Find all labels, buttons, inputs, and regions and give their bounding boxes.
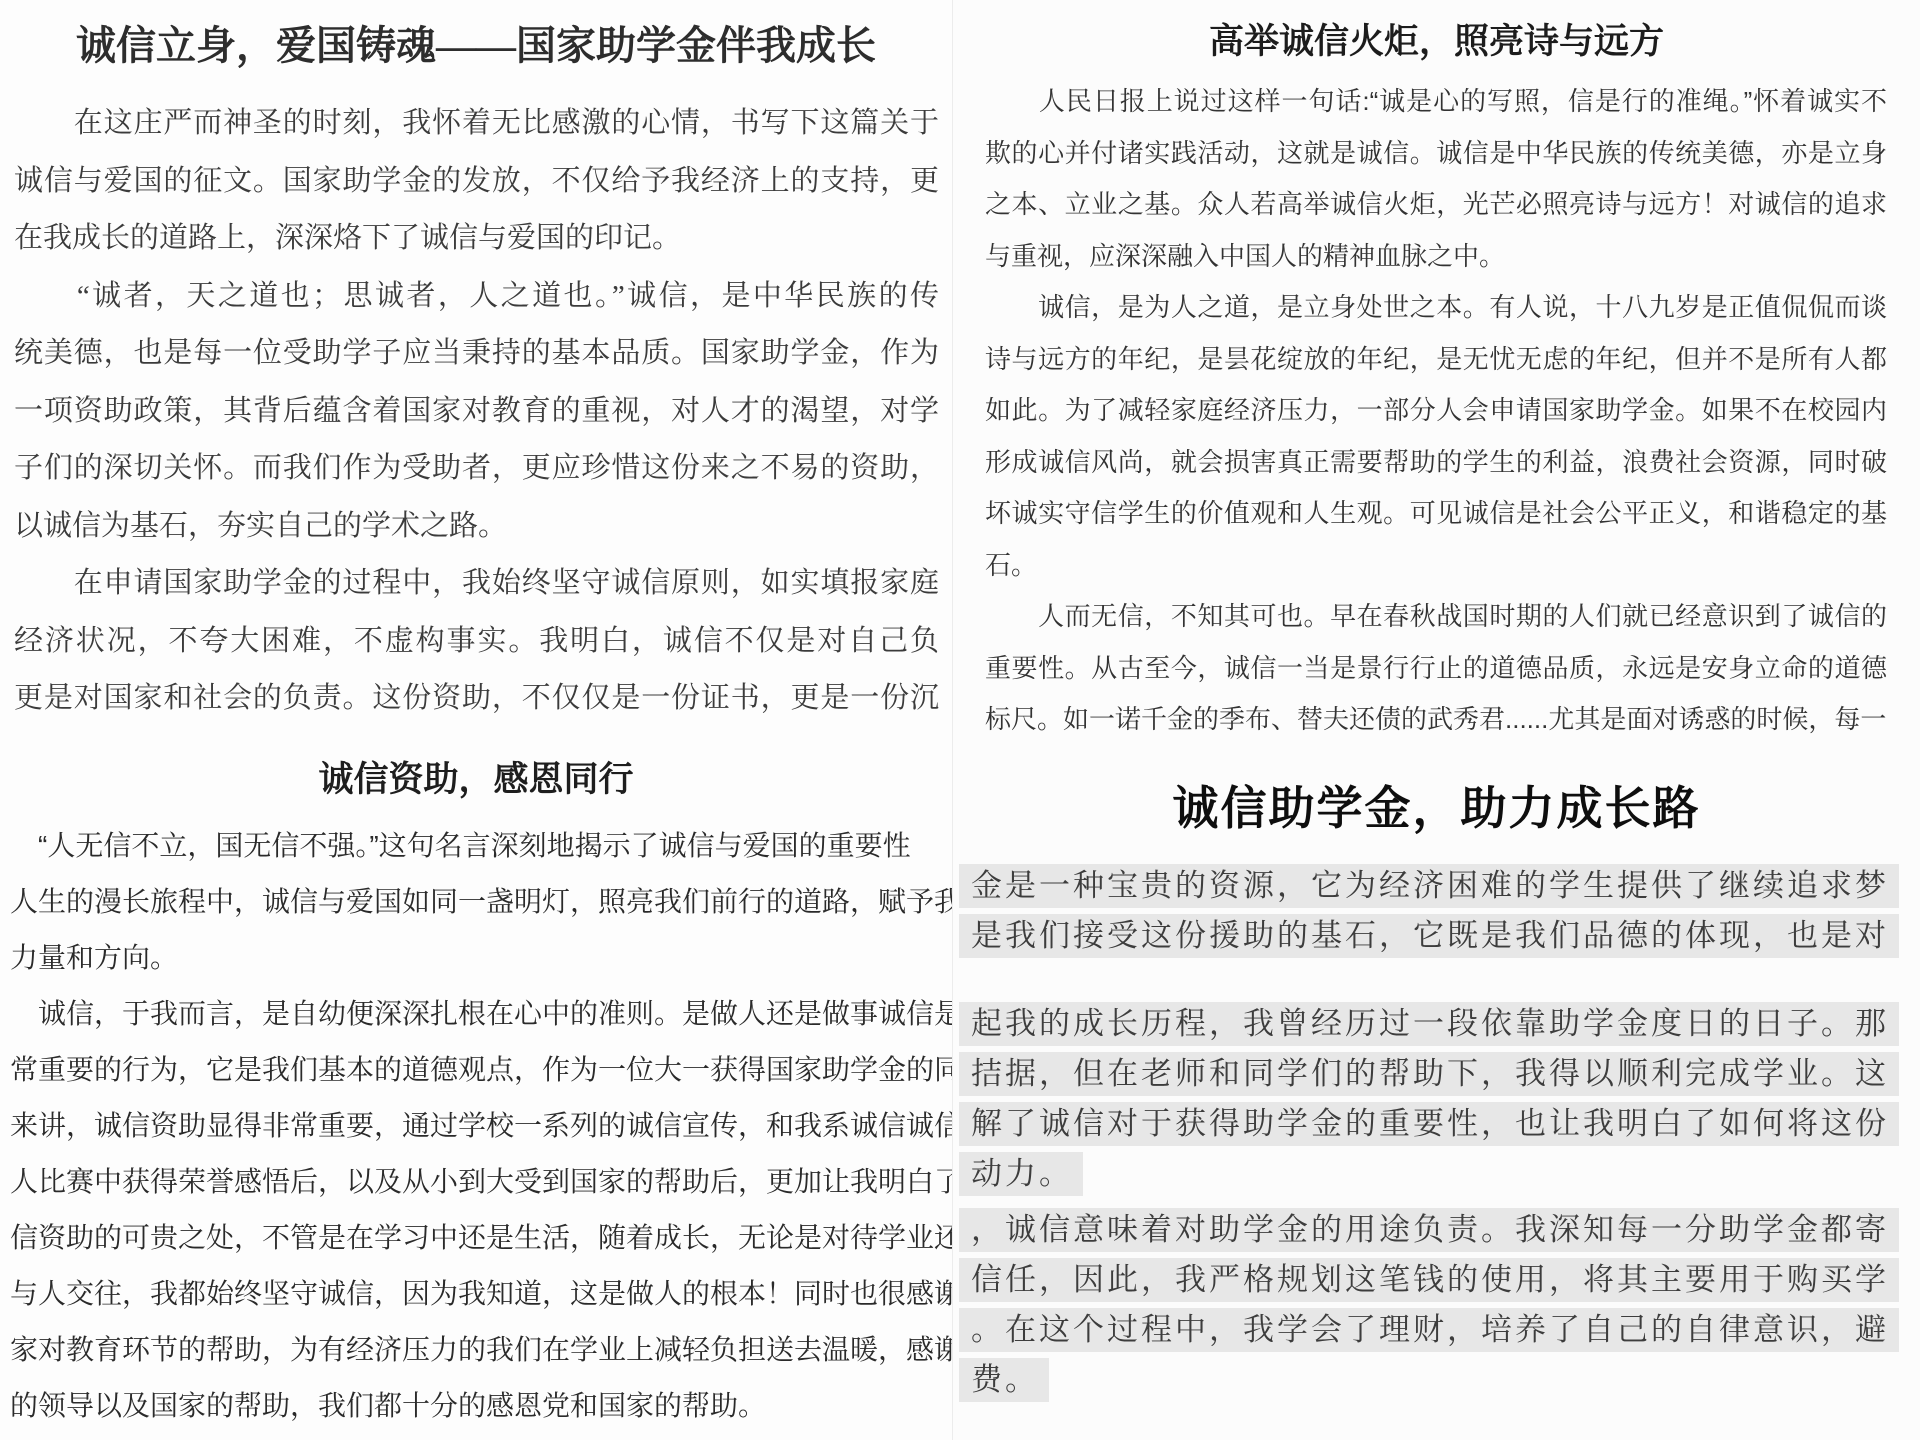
essay-paragraph-block: 金是一种宝贵的资源，它为经济困难的学生提供了继续追求梦是我们接受这份援助的基石，… [959,864,1920,958]
essay-panel-bottom-left: 诚信资助，感恩同行 “人无信不立，国无信不强。”这句名言深刻地揭示了诚信与爱国的… [0,752,952,1434]
text-line: 常重要的行为，它是我们基本的道德观点，作为一位大一获得国家助学金的同 [10,1042,952,1098]
essay-panel-top-left: 诚信立身，爱国铸魂——国家助学金伴我成长 在这庄严而神圣的时刻，我怀着无比感激的… [0,14,952,728]
text-line: 一项资助政策，其背后蕴含着国家对教育的重视，对人才的渴望，对学 [14,383,939,441]
text-line: 解了诚信对于获得助学金的重要性，也让我明白了如何将这份 [959,1102,1899,1146]
text-line: 金是一种宝贵的资源，它为经济困难的学生提供了继续追求梦 [959,864,1899,908]
text-line: 在申请国家助学金的过程中，我始终坚守诚信原则，如实填报家庭 [14,555,939,613]
text-line: 之本、立业之基。众人若高举诚信火炬，光芒必照亮诗与远方！对诚信的追求 [985,179,1887,231]
text-line: 以诚信为基石，夯实自己的学术之路。 [14,498,939,556]
text-line: 诚信，于我而言，是自幼便深深扎根在心中的准则。是做人还是做事诚信是 [10,986,952,1042]
text-line: 力量和方向。 [10,930,952,986]
text-line: 在我成长的道路上，深深烙下了诚信与爱国的印记。 [14,210,939,268]
text-line: 如此。为了减轻家庭经济压力，一部分人会申请国家助学金。如果不在校园内 [985,385,1887,437]
text-line: 信任，因此，我严格规划这笔钱的使用，将其主要用于购买学 [959,1258,1899,1302]
text-line: 与人交往，我都始终坚守诚信，因为我知道，这是做人的根本！同时也很感谢 [10,1266,952,1322]
text-line: 起我的成长历程，我曾经历过一段依靠助学金度日的日子。那 [959,1002,1899,1046]
text-line: 人民日报上说过这样一句话:“诚是心的写照，信是行的准绳。”怀着诚实不 [985,76,1887,128]
text-line: 诚信与爱国的征文。国家助学金的发放，不仅给予我经济上的支持，更 [14,153,939,211]
essay-body-bottom-left: “人无信不立，国无信不强。”这句名言深刻地揭示了诚信与爱国的重要性人生的漫长旅程… [0,818,952,1434]
essay-body-top-left: 在这庄严而神圣的时刻，我怀着无比感激的心情，书写下这篇关于诚信与爱国的征文。国家… [0,95,952,728]
essay-title-bottom-right: 诚信助学金，助力成长路 [953,772,1920,838]
text-line: 石。 [985,540,1920,592]
text-line: 人比赛中获得荣誉感悟后，以及从小到大受到国家的帮助后，更加让我明白了 [10,1154,952,1210]
essay-panel-top-right: 高举诚信火炬，照亮诗与远方 人民日报上说过这样一句话:“诚是心的写照，信是行的准… [953,14,1920,746]
text-line: 费。 [959,1358,1049,1402]
text-line: 形成诚信风尚，就会损害真正需要帮助的学生的利益，浪费社会资源，同时破 [985,437,1887,489]
text-line: 来讲，诚信资助显得非常重要，通过学校一系列的诚信宣传，和我系诚信诚信 [10,1098,952,1154]
text-line: 诚信，是为人之道，是立身处世之本。有人说，十八九岁是正值侃侃而谈 [985,282,1887,334]
text-line: 家对教育环节的帮助，为有经济压力的我们在学业上减轻负担送去温暖，感谢 [10,1322,952,1378]
text-line: 更是对国家和社会的负责。这份资助，不仅仅是一份证书，更是一份沉 [14,670,939,728]
text-line: 统美德，也是每一位受助学子应当秉持的基本品质。国家助学金，作为 [14,325,939,383]
text-line: 欺的心并付诸实践活动，这就是诚信。诚信是中华民族的传统美德，亦是立身 [985,128,1887,180]
text-line: “人无信不立，国无信不强。”这句名言深刻地揭示了诚信与爱国的重要性 [10,818,952,874]
text-line: 经济状况，不夸大困难，不虚构事实。我明白，诚信不仅是对自己负责， [14,613,939,671]
text-line: 诗与远方的年纪，是昙花绽放的年纪，是无忧无虑的年纪，但并不是所有人都 [985,334,1887,386]
essay-paragraph-block: ，诚信意味着对助学金的用途负责。我深知每一分助学金都寄信任，因此，我严格规划这笔… [959,1208,1920,1402]
essay-panel-bottom-right: 诚信助学金，助力成长路 金是一种宝贵的资源，它为经济困难的学生提供了继续追求梦是… [953,772,1920,1402]
text-line: 人而无信，不知其可也。早在春秋战国时期的人们就已经意识到了诚信的 [985,591,1887,643]
text-line: 动力。 [959,1152,1083,1196]
essay-title-bottom-left: 诚信资助，感恩同行 [0,752,952,802]
text-line: “诚者，天之道也；思诚者，人之道也。”诚信，是中华民族的传 [14,268,939,326]
text-line: 是我们接受这份援助的基石，它既是我们品德的体现，也是对 [959,914,1899,958]
text-line: 坏诚实守信学生的价值观和人生观。可见诚信是社会公平正义，和谐稳定的基 [985,488,1887,540]
text-line: 人生的漫长旅程中，诚信与爱国如同一盏明灯，照亮我们前行的道路，赋予我 [10,874,952,930]
essay-paragraph-block: 起我的成长历程，我曾经历过一段依靠助学金度日的日子。那拮据，但在老师和同学们的帮… [959,1002,1920,1196]
text-line: 。在这个过程中，我学会了理财，培养了自己的自律意识，避 [959,1308,1899,1352]
text-line: 信资助的可贵之处，不管是在学习中还是生活，随着成长，无论是对待学业还 [10,1210,952,1266]
text-line: 与重视，应深深融入中国人的精神血脉之中。 [985,231,1920,283]
essay-body-top-right: 人民日报上说过这样一句话:“诚是心的写照，信是行的准绳。”怀着诚实不欺的心并付诸… [953,76,1920,746]
left-column: 诚信立身，爱国铸魂——国家助学金伴我成长 在这庄严而神圣的时刻，我怀着无比感激的… [0,0,952,1440]
text-line: 在这庄严而神圣的时刻，我怀着无比感激的心情，书写下这篇关于 [14,95,939,153]
right-column: 高举诚信火炬，照亮诗与远方 人民日报上说过这样一句话:“诚是心的写照，信是行的准… [952,0,1920,1440]
text-line: 拮据，但在老师和同学们的帮助下，我得以顺利完成学业。这 [959,1052,1899,1096]
scanned-essays-collage: 诚信立身，爱国铸魂——国家助学金伴我成长 在这庄严而神圣的时刻，我怀着无比感激的… [0,0,1920,1440]
text-line: 重要性。从古至今，诚信一当是景行行止的道德品质，永远是安身立命的道德 [985,643,1887,695]
text-line: 标尺。如一诺千金的季布、替夫还债的武秀君......尤其是面对诱惑的时候，每一 [985,694,1920,746]
essay-title-top-right: 高举诚信火炬，照亮诗与远方 [953,14,1920,64]
text-line: 子们的深切关怀。而我们作为受助者，更应珍惜这份来之不易的资助， [14,440,939,498]
essay-body-bottom-right: 金是一种宝贵的资源，它为经济困难的学生提供了继续追求梦是我们接受这份援助的基石，… [953,864,1920,1402]
text-line: ，诚信意味着对助学金的用途负责。我深知每一分助学金都寄 [959,1208,1899,1252]
essay-title-top-left: 诚信立身，爱国铸魂——国家助学金伴我成长 [0,14,952,71]
text-line: 的领导以及国家的帮助，我们都十分的感恩党和国家的帮助。 [10,1378,952,1434]
